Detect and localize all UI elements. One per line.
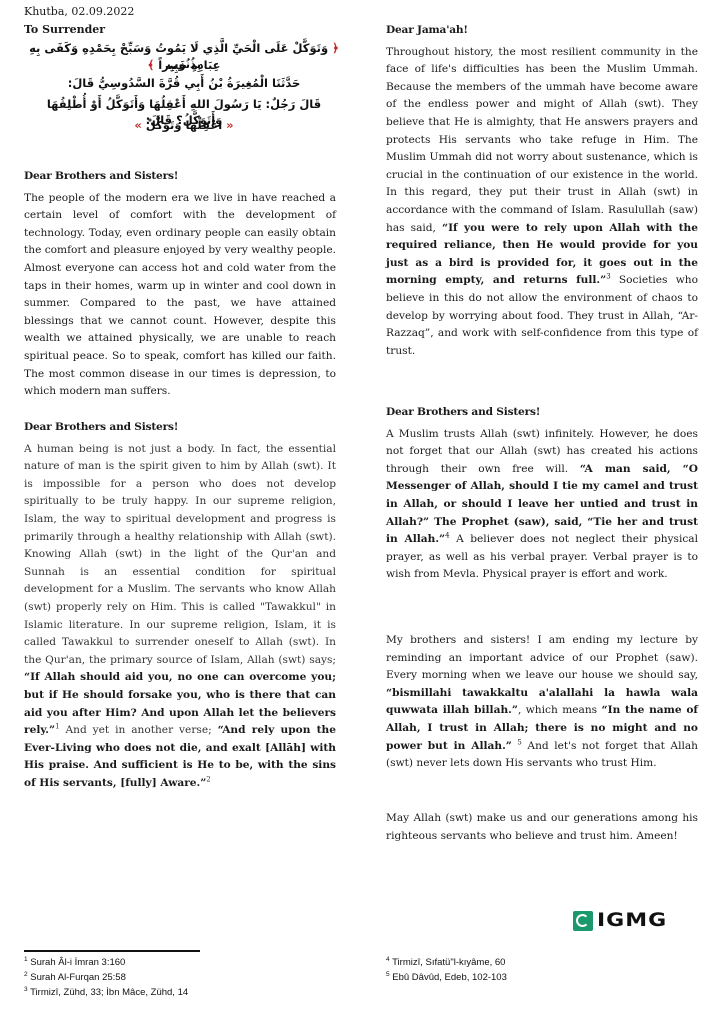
body-intro: A human being is not just a body. In fac…	[24, 443, 336, 666]
section-right-4: May Allah (swt) make us and our generati…	[386, 810, 698, 845]
section-heading: Dear Brothers and Sisters!	[386, 404, 698, 422]
footnote-4: 4 Tirmizî, Sıfatü"l-kıyâme, 60	[386, 956, 505, 970]
footnote-1: 1 Surah Âl-i İmran 3:160	[24, 956, 125, 970]
khutba-date: Khutba, 02.09.2022	[24, 4, 134, 20]
hadith-text-3: اعْقِلْهَا وَتَوَكَّلْ	[146, 118, 222, 132]
hadith-quote-open: «	[226, 118, 233, 132]
verse-text-2: عِبَادِهِ خَبِيراً	[158, 58, 220, 72]
section-right-3: My brothers and sisters! I am ending my …	[386, 632, 698, 773]
logo-text: IGMG	[597, 913, 667, 930]
section-body: A human being is not just a body. In fac…	[24, 441, 336, 793]
footnote-5: 5 Ebû Dâvûd, Edeb, 102-103	[386, 971, 507, 985]
closing-prayer: May Allah (swt) make us and our generati…	[386, 810, 698, 845]
body-intro: My brothers and sisters! I am ending my …	[386, 634, 698, 681]
verse-close-bracket: ﴾	[147, 58, 154, 72]
arabic-hadith-line1: حَدَّثَنَا الْمُغِيرَةُ بْنُ أَبِي قُرَّ…	[24, 75, 344, 91]
footnote-ref-2[interactable]: 2	[206, 775, 210, 783]
section-body: Throughout history, the most resilient c…	[386, 44, 698, 361]
footnote-3: 3 Tirmizî, Zühd, 33; İbn Mâce, Zühd, 14	[24, 986, 188, 1000]
arabic-verse-line2: عِبَادِهِ خَبِيراً ﴾	[24, 57, 344, 73]
body-connector: And yet in another verse;	[60, 724, 218, 736]
hadith-quote-close: »	[134, 118, 141, 132]
arabic-hadith-line3: « اعْقِلْهَا وَتَوَكَّلْ »	[24, 117, 344, 133]
section-right-2: Dear Brothers and Sisters! A Muslim trus…	[386, 404, 698, 584]
crescent-logo-icon	[573, 911, 593, 931]
body-intro: Throughout history, the most resilient c…	[386, 46, 698, 234]
verse-open-bracket: ﴿	[332, 41, 339, 55]
section-left-1: Dear Brothers and Sisters! The people of…	[24, 168, 336, 401]
body-connector: , which means	[518, 704, 602, 716]
section-heading: Dear Brothers and Sisters!	[24, 419, 336, 437]
footnote-divider	[24, 950, 200, 952]
section-body: My brothers and sisters! I am ending my …	[386, 632, 698, 773]
body-outro: Societies who believe in this do not all…	[386, 274, 698, 356]
igmg-logo: IGMG	[573, 911, 667, 931]
section-left-2: Dear Brothers and Sisters! A human being…	[24, 419, 336, 792]
section-body: The people of the modern era we live in …	[24, 190, 336, 401]
footnote-2: 2 Surah Al-Furqan 25:58	[24, 971, 126, 985]
page-title: To Surrender	[24, 22, 105, 38]
section-right-1: Dear Jama'ah! Throughout history, the mo…	[386, 22, 698, 360]
section-heading: Dear Jama'ah!	[386, 22, 698, 40]
section-heading: Dear Brothers and Sisters!	[24, 168, 336, 186]
section-body: A Muslim trusts Allah (swt) infinitely. …	[386, 426, 698, 584]
